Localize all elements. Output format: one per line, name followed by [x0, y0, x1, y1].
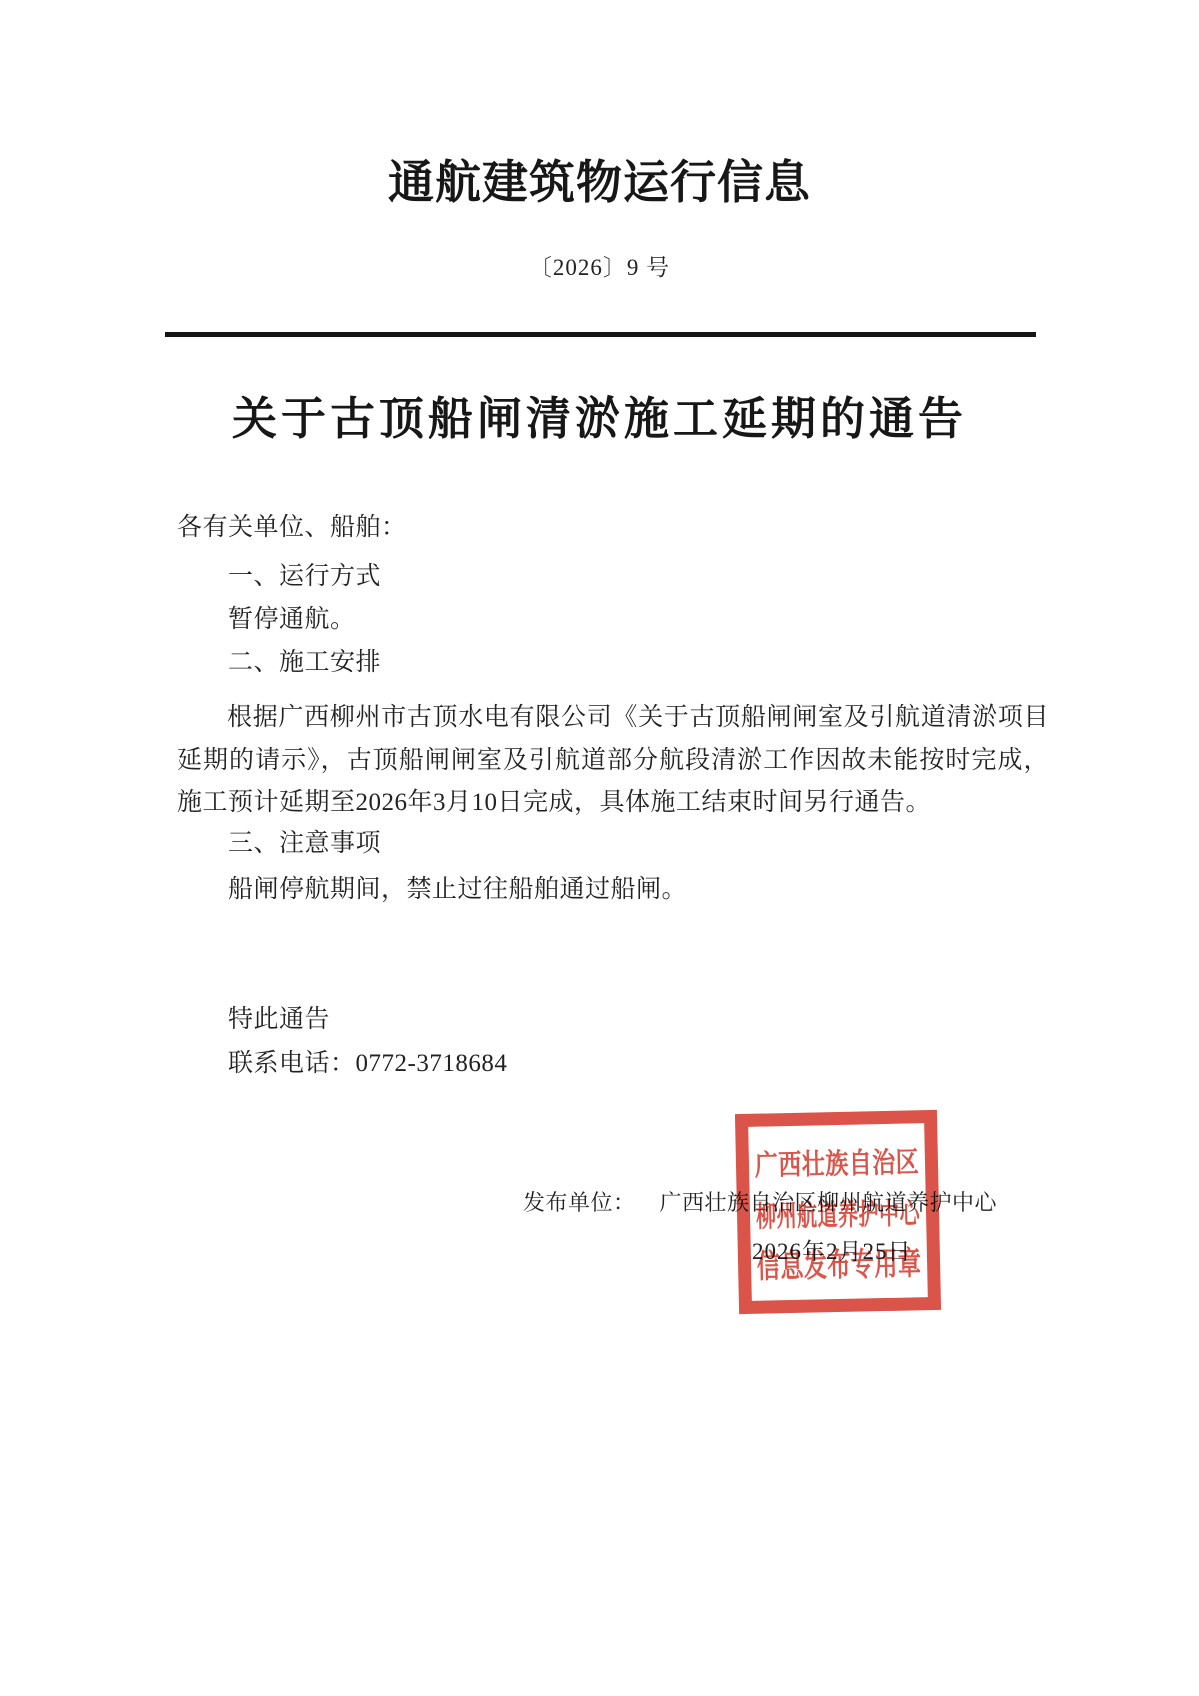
official-seal: 广西壮族自治区 柳州航道养护中心 信息发布专用章: [735, 1110, 941, 1314]
section-2-heading: 二、施工安排: [177, 649, 381, 677]
section-3-body: 船闸停航期间，禁止过往船舶通过船闸。: [177, 876, 687, 904]
seal-line-region: 广西壮族自治区: [754, 1139, 919, 1184]
section-3-heading: 三、注意事项: [177, 830, 381, 858]
closing-statement: 特此通告: [177, 1006, 330, 1034]
document-page: 通航建筑物运行信息 〔2026〕9 号 关于古顶船闸清淤施工延期的通告 各有关单…: [0, 0, 1199, 1696]
divider-line: [165, 332, 1036, 337]
contact-phone: 联系电话：0772-3718684: [177, 1050, 507, 1078]
document-number: 〔2026〕9 号: [0, 249, 1199, 282]
section-1-heading: 一、运行方式: [177, 563, 381, 591]
publisher-label: 发布单位：: [523, 1190, 636, 1215]
notice-title: 关于古顶船闸清淤施工延期的通告: [0, 382, 1199, 447]
section-2-body: 根据广西柳州市古顶水电有限公司《关于古顶船闸闸室及引航道清淤项目延期的请示》，古…: [177, 697, 1049, 825]
section-1-body: 暂停通航。: [177, 606, 356, 634]
document-title: 通航建筑物运行信息: [0, 146, 1199, 212]
salutation: 各有关单位、船舶：: [177, 514, 407, 542]
seal-line-organization: 柳州航道养护中心: [756, 1189, 921, 1234]
seal-line-purpose: 信息发布专用章: [756, 1238, 921, 1288]
